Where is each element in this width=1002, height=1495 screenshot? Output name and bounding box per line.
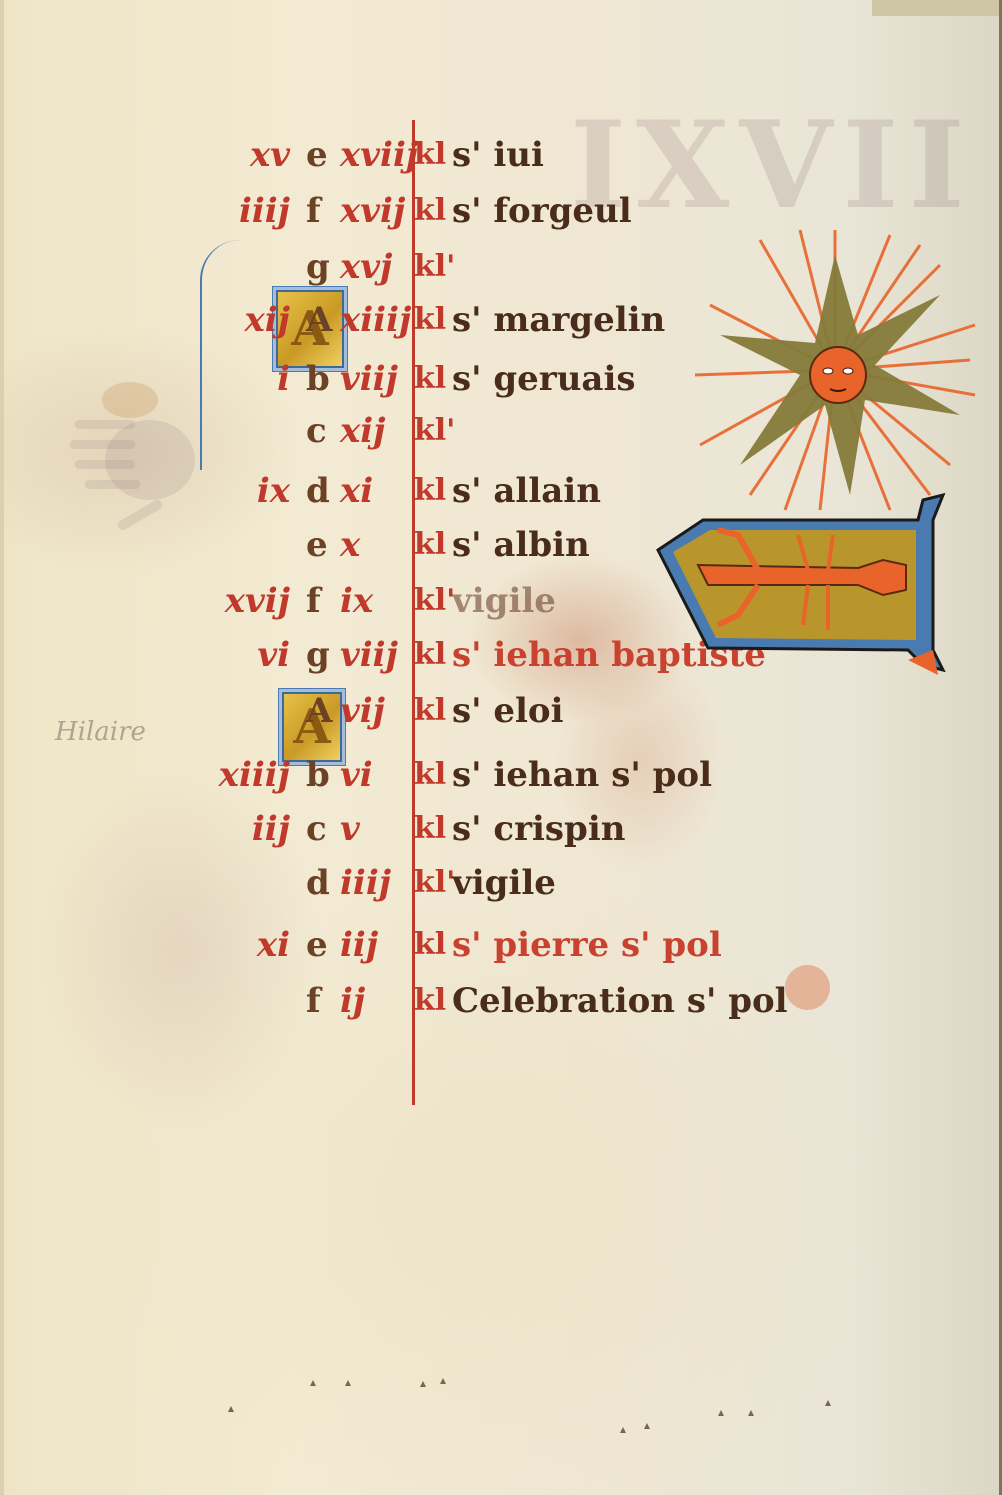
marginal-note: Hilaire [55,717,146,747]
ink-stain [785,965,830,1010]
roman-day-count: ij [340,978,365,1024]
dominical-letter: c [306,408,327,454]
dominical-letter: g [306,632,330,678]
golden-number: xi [200,922,290,968]
pinhole [718,1410,724,1416]
saint-feast: s' allain [452,468,601,514]
manuscript-page: IXVII A A xvexviijkls' iuiiiijfxvijkls' … [0,0,1002,1495]
roman-day-count: v [340,806,360,852]
golden-number: xvij [200,578,290,624]
dominical-letter: A [306,688,332,734]
kalends-mark: kl [414,688,446,734]
saint-feast: s' iui [452,132,544,178]
golden-number: iij [200,806,290,852]
kalends-mark: kl' [414,244,455,290]
saint-feast: Celebration s' pol [452,978,788,1024]
roman-day-count: xij [340,408,386,454]
calendar-row: xvexviijkls' iui [0,132,1002,182]
golden-number: iiij [200,188,290,234]
calendar-row: diiijkl'vigile [0,860,1002,910]
kalends-mark: kl' [414,408,455,454]
roman-day-count: xi [340,468,373,514]
roman-day-count: xvj [340,244,392,290]
calendar-row: xieiijkls' pierre s' pol [0,922,1002,972]
kalends-mark: kl [414,522,446,568]
saint-feast: s' eloi [452,688,564,734]
dominical-letter: f [306,188,321,234]
pinhole [420,1381,426,1387]
saint-feast: s' crispin [452,806,625,852]
roman-day-count: vi [340,752,373,798]
roman-day-count: xiiij [340,297,411,343]
kalends-mark: kl [414,922,446,968]
dominical-letter: d [306,860,330,906]
dominical-letter: g [306,244,330,290]
kalends-mark: kl [414,188,446,234]
saint-feast: vigile [452,860,556,906]
calendar-row: fijklCelebration s' pol [0,978,1002,1028]
roman-day-count: iiij [340,860,391,906]
kalends-mark: kl [414,132,446,178]
crayfish-cancer-icon [648,490,948,675]
golden-number: i [200,356,290,402]
kalends-mark: kl [414,978,446,1024]
dominical-letter: c [306,806,327,852]
roman-day-count: xviij [340,132,418,178]
dominical-letter: b [306,356,330,402]
saint-feast: s' geruais [452,356,636,402]
pinhole [620,1427,626,1433]
pinhole [825,1400,831,1406]
pinhole [228,1406,234,1412]
calendar-row: xiiijbvikls' iehan s' pol [0,752,1002,802]
pinhole [345,1380,351,1386]
kalends-mark: kl [414,806,446,852]
roman-day-count: x [340,522,360,568]
dominical-letter: A [306,297,332,343]
golden-number: xij [200,297,290,343]
kalends-mark: kl' [414,578,455,624]
golden-number: ix [200,468,290,514]
roman-day-count: viij [340,356,398,402]
roman-day-count: viij [340,632,398,678]
roman-day-count: iij [340,922,378,968]
dominical-letter: e [306,132,328,178]
golden-number: vi [200,632,290,678]
pinhole [644,1423,650,1429]
golden-number: xv [200,132,290,178]
saint-feast: s' margelin [452,297,665,343]
calendar-row: Avijkls' eloi [0,688,1002,738]
kalends-mark: kl [414,297,446,343]
saint-feast: vigile [452,578,556,624]
dominical-letter: b [306,752,330,798]
calendar-row: iijcvkls' crispin [0,806,1002,856]
saint-feast: s' iehan s' pol [452,752,712,798]
kalends-mark: kl [414,752,446,798]
roman-day-count: vij [340,688,385,734]
pinhole [310,1380,316,1386]
dominical-letter: e [306,522,328,568]
page-top-edge [872,0,1002,16]
pinhole [440,1378,446,1384]
dominical-letter: e [306,922,328,968]
saint-feast: s' albin [452,522,590,568]
kalends-mark: kl' [414,860,455,906]
roman-day-count: ix [340,578,373,624]
kalends-mark: kl [414,632,446,678]
dominical-letter: f [306,578,321,624]
kalends-mark: kl [414,468,446,514]
pinhole [748,1410,754,1416]
dominical-letter: f [306,978,321,1024]
kalends-mark: kl [414,356,446,402]
saint-feast: s' forgeul [452,188,632,234]
roman-day-count: xvij [340,188,405,234]
dominical-letter: d [306,468,330,514]
golden-number: xiiij [200,752,290,798]
sun-with-face-icon [690,225,980,515]
saint-feast: s' pierre s' pol [452,922,722,968]
